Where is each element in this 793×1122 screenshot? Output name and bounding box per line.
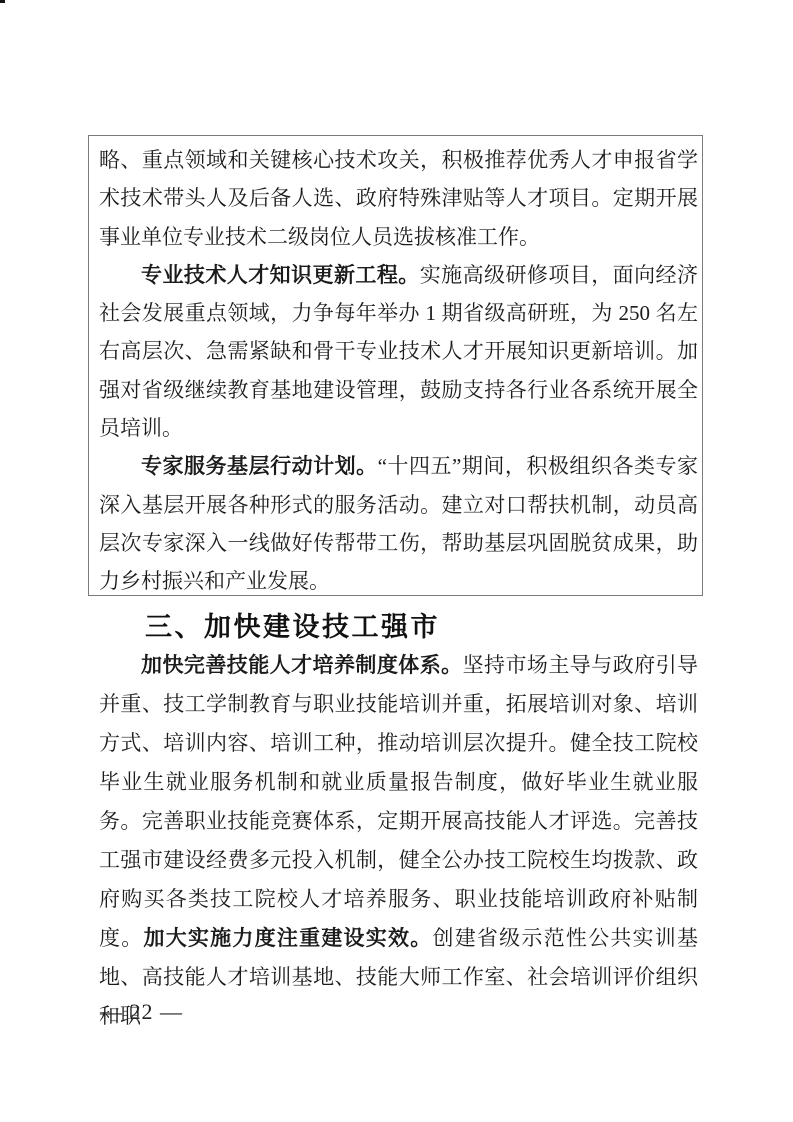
scan-corner-artifact (0, 0, 5, 3)
section-heading: 三、加快建设技工强市 (145, 605, 440, 644)
document-page: 略、重点领域和关键核心技术攻关，积极推荐优秀人才申报省学术技术带头人及后备人选、… (0, 0, 793, 1122)
paragraph-text: 实施高级研修项目，面向经济社会发展重点领域，力争每年举办 1 期省级高研班，为 … (99, 263, 698, 440)
paragraph: 略、重点领域和关键核心技术攻关，积极推荐优秀人才申报省学术技术带头人及后备人选、… (99, 141, 698, 256)
body-paragraphs: 加快完善技能人才培养制度体系。坚持市场主导与政府引导并重、技工学制教育与职业技能… (99, 646, 698, 1036)
paragraph-text: 坚持市场主导与政府引导并重、技工学制教育与职业技能培训并重，拓展培训对象、培训方… (99, 653, 698, 950)
paragraph: 专业技术人才知识更新工程。实施高级研修项目，面向经济社会发展重点领域，力争每年举… (99, 256, 698, 447)
paragraph: 专家服务基层行动计划。“十四五”期间，积极组织各类专家深入基层开展各种形式的服务… (99, 447, 698, 600)
paragraph-lead-bold: 加快完善技能人才培养制度体系。 (141, 653, 463, 677)
boxed-paragraphs: 略、重点领域和关键核心技术攻关，积极推荐优秀人才申报省学术技术带头人及后备人选、… (99, 141, 698, 601)
paragraph-lead-bold: 专家服务基层行动计划。 (141, 454, 378, 478)
paragraph-lead-bold: 专业技术人才知识更新工程。 (141, 263, 420, 287)
paragraph: 加快完善技能人才培养制度体系。坚持市场主导与政府引导并重、技工学制教育与职业技能… (99, 646, 698, 1036)
paragraph-text: 略、重点领域和关键核心技术攻关，积极推荐优秀人才申报省学术技术带头人及后备人选、… (99, 148, 698, 249)
paragraph-lead-bold: 加大实施力度注重建设实效。 (143, 926, 432, 950)
page-number: — 22 — (100, 999, 183, 1025)
